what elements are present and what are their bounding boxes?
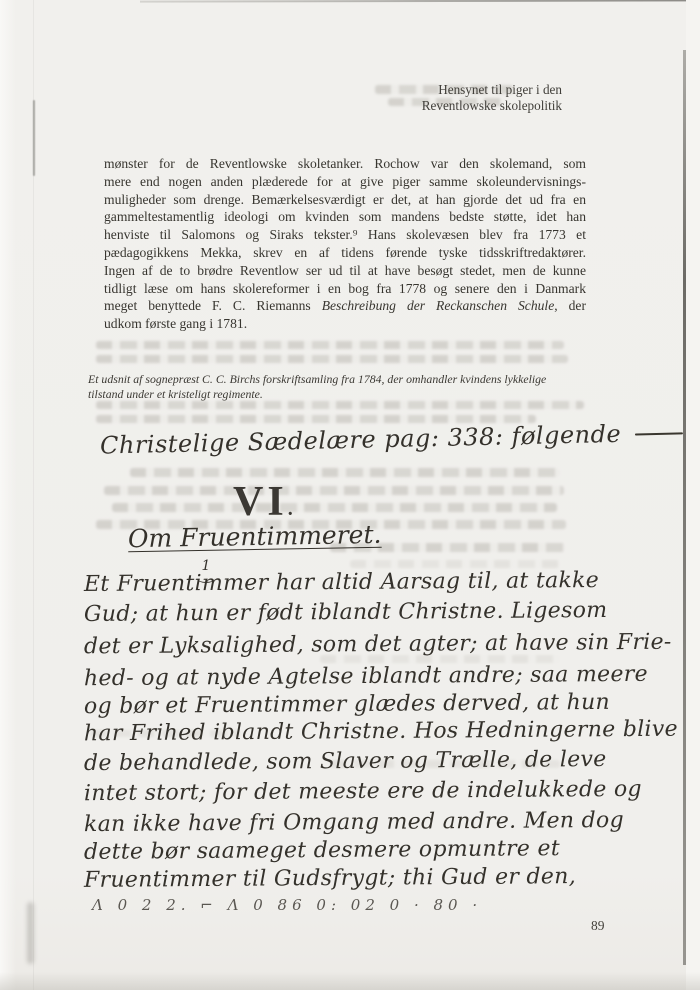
running-header: Hensynet til piger i den Reventlowske sk…	[300, 82, 562, 113]
body-line-text: meget benyttede F. C. Riemanns	[104, 298, 322, 313]
header-line: Reventlowske skolepolitik	[300, 98, 562, 114]
left-edge-highlight	[0, 0, 16, 990]
fold-smudge	[27, 902, 34, 964]
figure-caption: Et udsnit af sognepræst C. C. Birchs for…	[88, 372, 610, 401]
chapter-numeral-text: VI	[233, 479, 288, 525]
manuscript-line: Gud; at hun er født iblandt Christne. Li…	[84, 598, 608, 627]
manuscript-line: Et Fruentimmer har altid Aarsag til, at …	[84, 568, 599, 597]
bleed-through-smudge	[104, 486, 564, 495]
manuscript-heading: Om Fruentimmeret.	[128, 520, 382, 553]
bleed-through-smudge	[96, 401, 584, 409]
caption-line: tilstand under et kristeligt regimente.	[88, 387, 610, 402]
manuscript-line: har Frihed iblandt Christne. Hos Hedning…	[84, 717, 678, 747]
bleed-through-smudge	[130, 468, 560, 477]
body-line: Ingen af de to brødre Reventlow ser ud t…	[104, 262, 586, 280]
manuscript-line: de behandlede, som Slaver og Trælle, de …	[84, 747, 607, 776]
em-dash-stroke	[635, 432, 683, 435]
body-line: udkom første gang i 1781.	[104, 315, 586, 333]
body-line: tidligt læse om hans skolereformer i en …	[104, 280, 586, 298]
bleed-through-smudge	[350, 560, 560, 568]
page-right-margin	[686, 0, 700, 990]
body-line: mønster for de Reventlowske skoletanker.…	[104, 155, 586, 173]
page-right-edge	[683, 50, 686, 965]
bleed-through-smudge	[112, 503, 557, 512]
manuscript-line: og bør et Fruentimmer glædes derved, at …	[84, 690, 610, 719]
body-paragraph: mønster for de Reventlowske skoletanker.…	[104, 155, 586, 333]
chapter-numeral-period: .	[288, 498, 293, 520]
body-line-text: , der	[554, 298, 586, 313]
header-line: Hensynet til piger i den	[300, 82, 562, 98]
manuscript-line: hed- og at nyde Agtelse iblandt andre; s…	[84, 662, 648, 691]
bleed-through-smudge	[96, 355, 568, 363]
body-line: pædagogikkens Mekka, skrev en af tidens …	[104, 244, 586, 262]
caption-line: Et udsnit af sognepræst C. C. Birchs for…	[88, 372, 610, 387]
body-line: muligheder som drenge. Bemærkelsesværdig…	[104, 191, 586, 209]
page-number: 89	[591, 918, 605, 934]
manuscript-line: kan ikke have fri Omgang med andre. Men …	[84, 808, 624, 837]
manuscript-line: det er Lyksalighed, som det agter; at ha…	[84, 630, 672, 660]
page-top-edge	[140, 0, 700, 3]
manuscript-line: dette bør saameget desmere opmuntre et	[84, 836, 560, 865]
fold-mark	[33, 100, 35, 176]
bleed-through-smudge	[96, 341, 564, 349]
body-line: mere end nogen anden plæderede for at gi…	[104, 173, 586, 191]
manuscript-fragment-line: Λ 0 2 2. ⌐ Λ 0 86 0: 02 0 · 80 ·	[92, 896, 482, 914]
body-line: meget benyttede F. C. Riemanns Beschreib…	[104, 297, 586, 315]
manuscript-line: intet stort; for det meeste ere de indel…	[84, 777, 642, 806]
bottom-edge-shadow	[0, 972, 700, 990]
book-title-italic: Beschreibung der Reckanschen Schule	[322, 298, 555, 313]
manuscript-line: Fruentimmer til Gudsfrygt; thi Gud er de…	[84, 864, 576, 893]
body-line: gammeltestamentlig ideologi om kvinden s…	[104, 208, 586, 226]
manuscript-source-line: Christelige Sædelære pag: 338: følgende	[100, 418, 684, 459]
bleed-through-smudge	[96, 415, 536, 423]
scanned-book-page: Hensynet til piger i den Reventlowske sk…	[0, 0, 700, 990]
manuscript-source-text: Christelige Sædelære pag: 338: følgende	[100, 420, 622, 460]
chapter-numeral: VI.	[233, 478, 293, 526]
body-line: henviste til Salomons og Siraks tekster.…	[104, 226, 586, 244]
